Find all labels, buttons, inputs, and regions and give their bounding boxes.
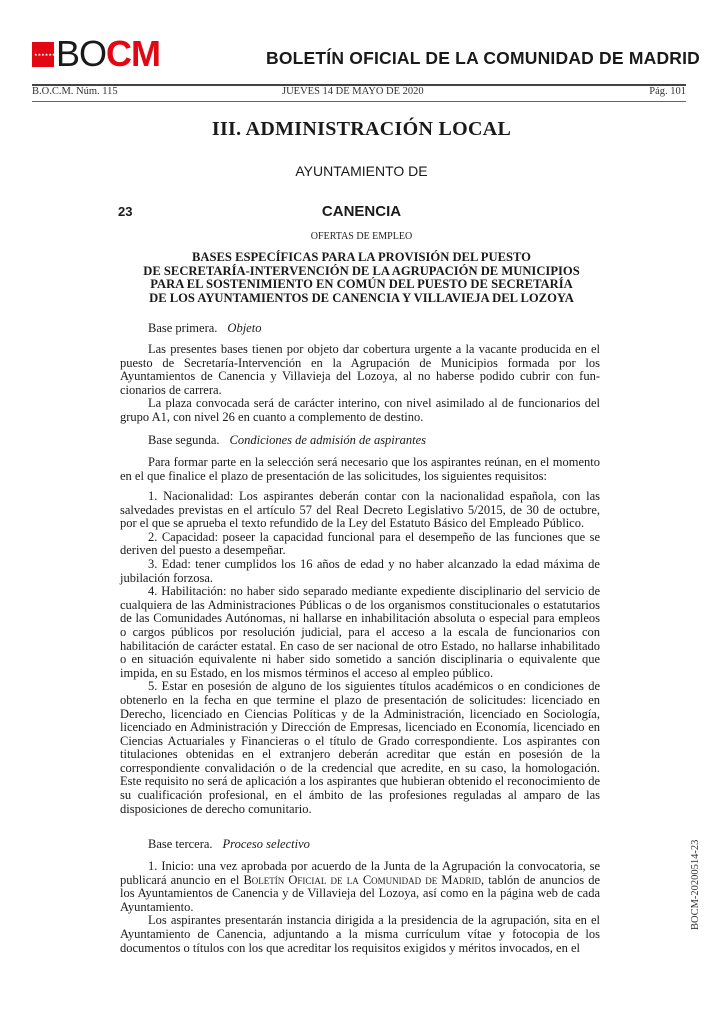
document-title-line: BASES ESPECÍFICAS PARA LA PROVISIÓN DEL … bbox=[0, 251, 723, 265]
header-row: B.O.C.M. Núm. 115 JUEVES 14 DE MAYO DE 2… bbox=[32, 86, 686, 100]
madrid-flag-icon: ★★★★★★★ bbox=[32, 42, 54, 67]
bocm-logo: ★★★★★★★ BOCM bbox=[32, 39, 160, 69]
base-subject: Objeto bbox=[227, 321, 261, 335]
requirement-habilitacion: 4. Habilitación: no haber sido separado … bbox=[120, 585, 600, 680]
issue-number: B.O.C.M. Núm. 115 bbox=[32, 86, 118, 97]
document-code-text: BOCM-20200514-23 bbox=[690, 840, 701, 930]
base-label: Base primera. bbox=[148, 321, 217, 335]
document-title-line: DE LOS AYUNTAMIENTOS DE CANENCIA Y VILLA… bbox=[0, 292, 723, 306]
base-heading: Base tercera.Proceso selectivo bbox=[120, 838, 600, 852]
logo-text-bo: BO bbox=[56, 39, 106, 69]
base-primera: Base primera.Objeto bbox=[120, 322, 600, 336]
requirement-titulacion: 5. Estar en posesión de alguno de los si… bbox=[120, 680, 600, 816]
document-title-line: PARA EL SOSTENIMIENTO EN COMÚN DEL PUEST… bbox=[0, 278, 723, 292]
page-number: Pág. 101 bbox=[649, 86, 686, 97]
category-label: OFERTAS DE EMPLEO bbox=[0, 231, 723, 242]
base-label: Base segunda. bbox=[148, 433, 220, 447]
stars-glyph: ★★★★★★★ bbox=[34, 52, 52, 57]
base-primera-body: Las presentes bases tienen por objeto da… bbox=[120, 343, 600, 425]
paragraph: Las presentes bases tienen por objeto da… bbox=[120, 343, 600, 397]
requirement-capacidad: 2. Capacidad: poseer la capacidad funcio… bbox=[120, 531, 600, 558]
base-heading: Base segunda.Condiciones de admisión de … bbox=[120, 434, 600, 448]
base-tercera: Base tercera.Proceso selectivo bbox=[120, 838, 600, 852]
base-segunda-intro: Para formar parte en la selección será n… bbox=[120, 456, 600, 483]
document-title-line: DE SECRETARÍA-INTERVENCIÓN DE LA AGRUPAC… bbox=[0, 265, 723, 279]
paragraph: Los aspirantes presentarán instancia dir… bbox=[120, 914, 600, 955]
base-heading: Base primera.Objeto bbox=[120, 322, 600, 336]
section-title: III. ADMINISTRACIÓN LOCAL bbox=[0, 118, 723, 141]
issue-date: JUEVES 14 DE MAYO DE 2020 bbox=[282, 86, 424, 97]
masthead-title: BOLETÍN OFICIAL DE LA COMUNIDAD DE MADRI… bbox=[266, 48, 700, 69]
base-subject: Condiciones de admisión de aspirantes bbox=[230, 433, 427, 447]
base-segunda-requirements: 1. Nacionalidad: Los aspirantes deberán … bbox=[120, 490, 600, 816]
base-segunda: Base segunda.Condiciones de admisión de … bbox=[120, 434, 600, 448]
requirement-edad: 3. Edad: tener cumplidos los 16 años de … bbox=[120, 558, 600, 585]
requirement-nacionalidad: 1. Nacionalidad: Los aspirantes deberán … bbox=[120, 490, 600, 531]
paragraph: La plaza convocada será de carácter inte… bbox=[120, 397, 600, 424]
entity-prefix: AYUNTAMIENTO DE bbox=[0, 163, 723, 179]
bocm-reference: Boletín Oficial de la Comunidad de Madri… bbox=[243, 873, 481, 887]
base-subject: Proceso selectivo bbox=[223, 837, 310, 851]
base-label: Base tercera. bbox=[148, 837, 213, 851]
document-title: BASES ESPECÍFICAS PARA LA PROVISIÓN DEL … bbox=[0, 251, 723, 305]
paragraph: Para formar parte en la selección será n… bbox=[120, 456, 600, 483]
paragraph-inicio: 1. Inicio: una vez aprobada por acuerdo … bbox=[120, 860, 600, 914]
base-tercera-body: 1. Inicio: una vez aprobada por acuerdo … bbox=[120, 860, 600, 955]
town-name: CANENCIA bbox=[0, 203, 723, 220]
logo-text-cm: CM bbox=[106, 39, 160, 69]
bocm-page: ★★★★★★★ BOCM BOLETÍN OFICIAL DE LA COMUN… bbox=[0, 0, 723, 1024]
header-rule-bottom bbox=[32, 101, 686, 102]
